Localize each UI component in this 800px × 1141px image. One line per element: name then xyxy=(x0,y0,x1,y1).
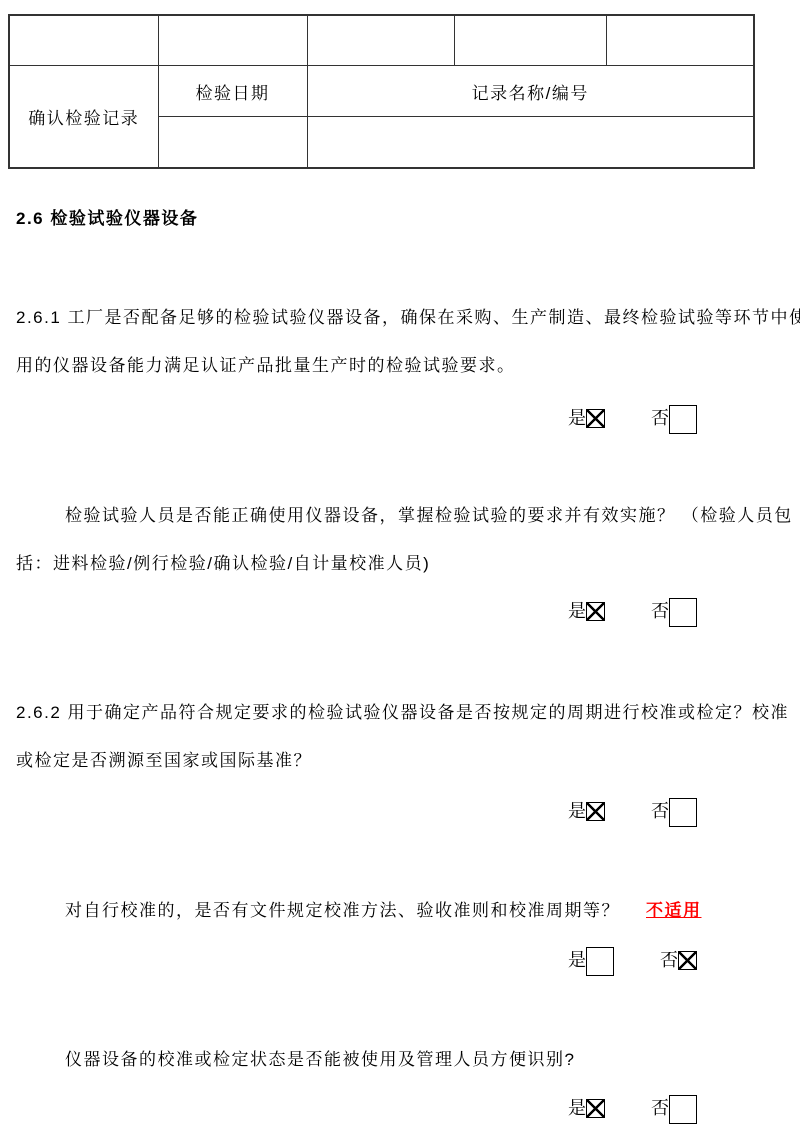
question-2-6-2: 2.6.2 用于确定产品符合规定要求的检验试验仪器设备是否按规定的周期进行校准或… xyxy=(16,703,794,799)
text-line: 用的仪器设备能力满足认证产品批量生产时的检验试验要求。 xyxy=(16,356,794,404)
yes-no-row-1: 是 否 xyxy=(568,408,697,434)
text-line: 2.6.2 用于确定产品符合规定要求的检验试验仪器设备是否按规定的周期进行校准或… xyxy=(16,703,794,751)
text-line: 检验试验人员是否能正确使用仪器设备，掌握检验试验的要求并有效实施？ （检验人员包 xyxy=(16,506,794,554)
date-value-cell[interactable] xyxy=(158,117,307,169)
no-label: 否 xyxy=(651,801,669,821)
table-cell-empty[interactable] xyxy=(454,15,606,66)
no-checkbox[interactable] xyxy=(669,598,697,627)
table-cell-empty[interactable] xyxy=(158,15,307,66)
yes-checkbox[interactable] xyxy=(586,802,605,821)
no-checkbox[interactable] xyxy=(669,1095,697,1124)
yes-checkbox[interactable] xyxy=(586,947,614,976)
document-page: 确认检验记录 检验日期 记录名称/编号 2.6 检验试验仪器设备 2.6.1 工… xyxy=(0,0,800,1141)
section-heading: 2.6 检验试验仪器设备 xyxy=(16,209,786,229)
yes-label: 是 xyxy=(568,950,586,970)
table-cell-empty[interactable] xyxy=(606,15,754,66)
text-line: 2.6.1 工厂是否配备足够的检验试验仪器设备，确保在采购、生产制造、最终检验试… xyxy=(16,308,794,356)
checkbox-gap xyxy=(605,408,651,409)
yes-label: 是 xyxy=(568,601,586,621)
yes-no-row-5: 是 否 xyxy=(568,1098,697,1124)
text-line: 仪器设备的校准或检定状态是否能被使用及管理人员方便识别? xyxy=(16,1050,794,1098)
question-2-6-1: 2.6.1 工厂是否配备足够的检验试验仪器设备，确保在采购、生产制造、最终检验试… xyxy=(16,308,794,404)
yes-label: 是 xyxy=(568,408,586,428)
text-line: 对自行校准的，是否有文件规定校准方法、验收准则和校准周期等？不适用 xyxy=(16,901,794,949)
record-row-label: 确认检验记录 xyxy=(9,66,158,169)
no-checkbox[interactable] xyxy=(669,798,697,827)
yes-checkbox[interactable] xyxy=(586,602,605,621)
no-label: 否 xyxy=(660,950,678,970)
table-cell-empty[interactable] xyxy=(307,15,454,66)
yes-checkbox[interactable] xyxy=(586,409,605,428)
yes-no-row-3: 是 否 xyxy=(568,801,697,827)
question-2-6-1a: 检验试验人员是否能正确使用仪器设备，掌握检验试验的要求并有效实施？ （检验人员包… xyxy=(16,506,794,602)
no-label: 否 xyxy=(651,601,669,621)
yes-no-row-2: 是 否 xyxy=(568,601,697,627)
checkbox-gap xyxy=(605,601,651,602)
no-checkbox[interactable] xyxy=(669,405,697,434)
text-line: 或检定是否溯源至国家或国际基准？ xyxy=(16,751,794,799)
question-text: 对自行校准的，是否有文件规定校准方法、验收准则和校准周期等？ xyxy=(65,901,620,920)
checkbox-gap xyxy=(614,950,660,951)
record-table: 确认检验记录 检验日期 记录名称/编号 xyxy=(8,14,755,169)
no-label: 否 xyxy=(651,408,669,428)
no-label: 否 xyxy=(651,1098,669,1118)
checkbox-gap xyxy=(605,801,651,802)
record-value-cell[interactable] xyxy=(307,117,754,169)
date-header-cell: 检验日期 xyxy=(158,66,307,117)
yes-label: 是 xyxy=(568,1098,586,1118)
question-self-calibration: 对自行校准的，是否有文件规定校准方法、验收准则和校准周期等？不适用 xyxy=(16,901,794,949)
record-header-cell: 记录名称/编号 xyxy=(307,66,754,117)
table-cell-empty[interactable] xyxy=(9,15,158,66)
yes-checkbox[interactable] xyxy=(586,1099,605,1118)
not-applicable-note: 不适用 xyxy=(646,901,702,920)
checkbox-gap xyxy=(605,1098,651,1099)
question-calibration-status: 仪器设备的校准或检定状态是否能被使用及管理人员方便识别? xyxy=(16,1050,794,1098)
yes-label: 是 xyxy=(568,801,586,821)
no-checkbox[interactable] xyxy=(678,951,697,970)
yes-no-row-4: 是 否 xyxy=(568,950,697,976)
text-line: 括：进料检验/例行检验/确认检验/自计量校准人员) xyxy=(16,554,794,602)
